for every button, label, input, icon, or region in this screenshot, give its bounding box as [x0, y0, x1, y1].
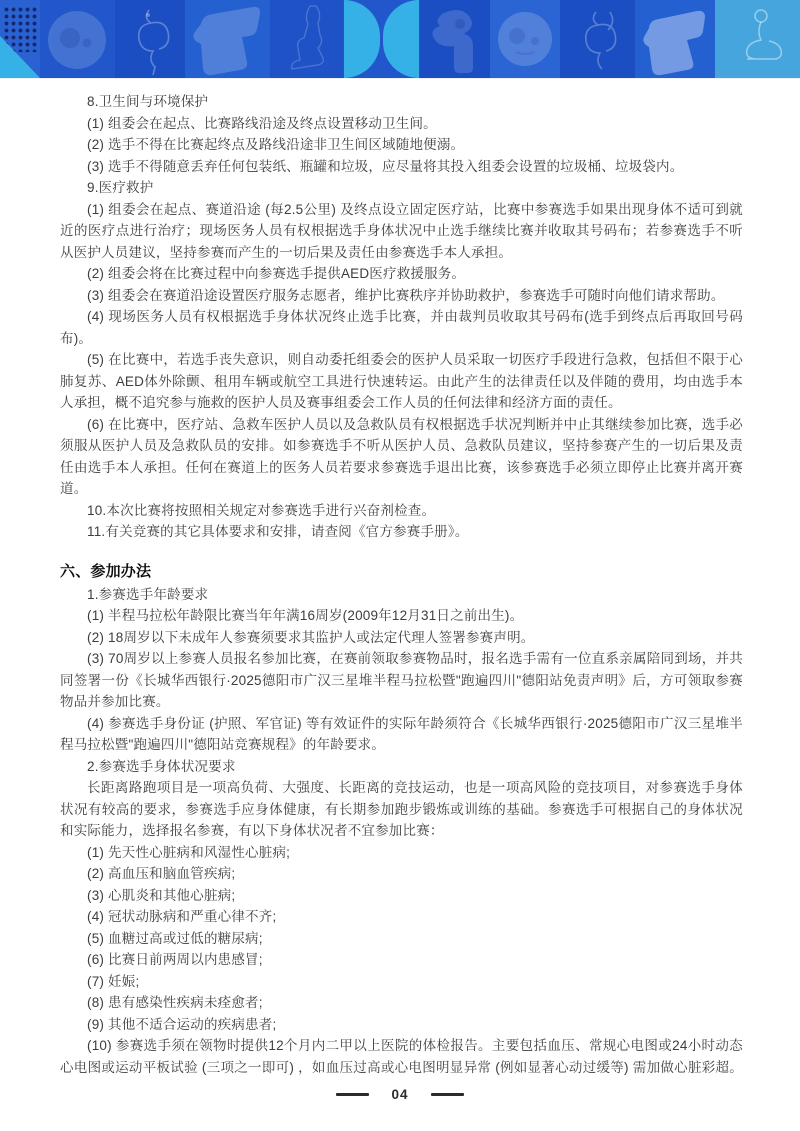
footer-rule-left — [336, 1093, 369, 1096]
paragraph: 10.本次比赛将按照相关规定对参赛选手进行兴奋剂检查。 — [60, 500, 743, 522]
paragraph: (1) 先天性心脏病和风湿性心脏病; — [60, 842, 743, 864]
paragraph: (3) 70周岁以上参赛人员报名参加比赛，在赛前领取参赛物品时，报名选手需有一位… — [60, 648, 743, 713]
paragraph: (5) 血糖过高或过低的糖尿病; — [60, 928, 743, 950]
paragraph: (2) 组委会将在比赛过程中向参赛选手提供AED医疗救援服务。 — [60, 263, 743, 285]
page: 8.卫生间与环境保护(1) 组委会在起点、比赛路线沿途及终点设置移动卫生间。(2… — [0, 0, 800, 1131]
half-disc-right — [383, 0, 419, 78]
paragraph: (3) 组委会在赛道沿途设置医疗服务志愿者，维护比赛秩序并协助救护，参赛选手可随… — [60, 285, 743, 307]
paragraph: 11.有关竞赛的其它具体要求和安排，请查阅《官方参赛手册》。 — [60, 521, 743, 543]
paragraph: (4) 冠状动脉病和严重心律不齐; — [60, 906, 743, 928]
paragraph: (1) 组委会在起点、赛道沿途 (每2.5公里) 及终点设立固定医疗站，比赛中参… — [60, 199, 743, 264]
mask-profile-icon — [635, 0, 715, 78]
paragraph-list: 8.卫生间与环境保护(1) 组委会在起点、比赛路线沿途及终点设置移动卫生间。(2… — [60, 91, 743, 1077]
decorative-banner — [0, 0, 800, 79]
bronze-mask-icon — [185, 0, 270, 78]
page-number: 04 — [391, 1087, 408, 1102]
paragraph: 2.参赛选手身体状况要求 — [60, 756, 743, 778]
document-body: 8.卫生间与环境保护(1) 组委会在起点、比赛路线沿途及终点设置移动卫生间。(2… — [0, 79, 800, 1077]
paragraph: 1.参赛选手年龄要求 — [60, 584, 743, 606]
dragon-head-icon — [420, 0, 490, 78]
bird-figure-icon — [560, 0, 635, 78]
paragraph: (3) 选手不得随意丢弃任何包装纸、瓶罐和垃圾，应尽量将其投入组委会设置的垃圾桶… — [60, 156, 743, 178]
paragraph: (2) 选手不得在比赛起终点及路线沿途非卫生间区域随地便溺。 — [60, 134, 743, 156]
paragraph: 8.卫生间与环境保护 — [60, 91, 743, 113]
pig-mask-icon — [40, 0, 115, 78]
bird-figure-icon — [115, 0, 185, 78]
jade-zhang-icon — [270, 0, 343, 78]
paragraph: (2) 高血压和脑血管疾病; — [60, 863, 743, 885]
half-disc-left — [344, 0, 380, 78]
paragraph: (5) 在比赛中，若选手丧失意识，则自动委托组委会的医护人员采取一切医疗手段进行… — [60, 349, 743, 414]
paragraph: (3) 心肌炎和其他心脏病; — [60, 885, 743, 907]
round-face-mask-icon — [490, 0, 560, 78]
paragraph: (1) 半程马拉松年龄限比赛当年年满16周岁(2009年12月31日之前出生)。 — [60, 605, 743, 627]
paragraph: 9.医疗救护 — [60, 177, 743, 199]
paragraph: (4) 参赛选手身份证 (护照、军官证) 等有效证件的实际年龄须符合《长城华西银… — [60, 713, 743, 756]
kneeling-figure-icon — [715, 0, 800, 78]
paragraph: 长距离路跑项目是一项高负荷、大强度、长距离的竞技运动，也是一项高风险的竞技项目，… — [60, 777, 743, 842]
circle-pair-icon — [343, 0, 420, 78]
section-heading: 六、参加办法 — [60, 560, 743, 584]
paragraph: (1) 组委会在起点、比赛路线沿途及终点设置移动卫生间。 — [60, 113, 743, 135]
footer-rule-right — [431, 1093, 464, 1096]
paragraph: (6) 比赛日前两周以内患感冒; — [60, 949, 743, 971]
paragraph: (2) 18周岁以下未成年人参赛须要求其监护人或法定代理人签署参赛声明。 — [60, 627, 743, 649]
paragraph: (6) 在比赛中，医疗站、急救车医护人员以及急救队员有权根据选手状况判断并中止其… — [60, 414, 743, 500]
paragraph: (4) 现场医务人员有权根据选手身体状况终止选手比赛，并由裁判员收取其号码布(选… — [60, 306, 743, 349]
paragraph: (8) 患有感染性疾病未痊愈者; — [60, 992, 743, 1014]
page-footer: 04 — [0, 1077, 800, 1131]
paragraph: (7) 妊娠; — [60, 971, 743, 993]
dot-grid-icon — [0, 0, 40, 78]
paragraph: (9) 其他不适合运动的疾病患者; — [60, 1014, 743, 1036]
paragraph: (10) 参赛选手须在领物时提供12个月内二甲以上医院的体检报告。主要包括血压、… — [60, 1035, 743, 1077]
